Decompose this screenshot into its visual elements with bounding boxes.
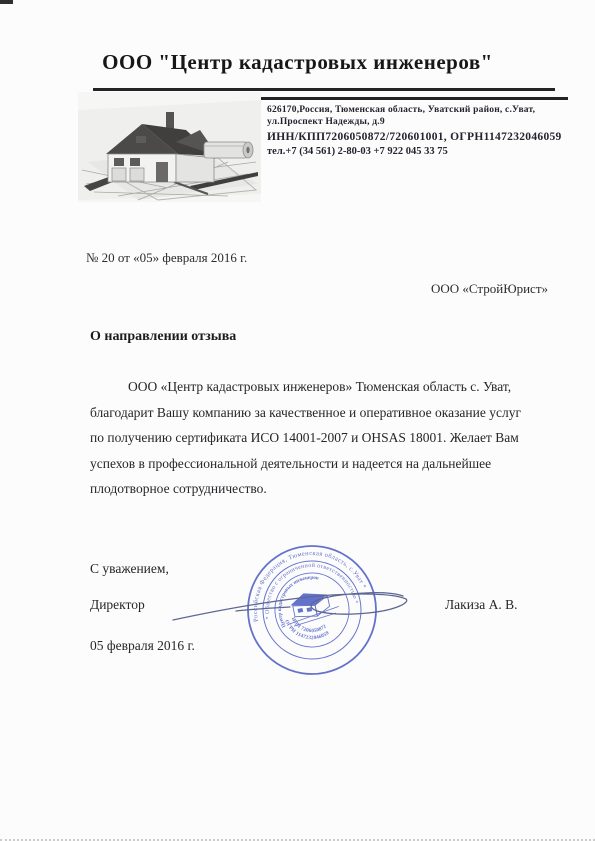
address-line-2: ул.Проспект Надежды, д.9 xyxy=(267,116,569,128)
company-title: ООО "Центр кадастровых инженеров" xyxy=(0,50,595,75)
letter-body: ООО «Центр кадастровых инженеров» Тюменс… xyxy=(90,374,565,502)
signer-position: Директор xyxy=(90,597,145,613)
signature-stroke-main xyxy=(173,593,407,620)
address-line-inn: ИНН/КПП7206050872/720601001, ОГРН1147232… xyxy=(267,130,569,145)
letter-page: ООО "Центр кадастровых инженеров" 626170… xyxy=(0,0,595,841)
body-line: благодарит Вашу компанию за качественное… xyxy=(90,400,565,426)
address-line-1: 626170,Россия, Тюменская область, Уватск… xyxy=(267,104,569,116)
body-line: плодотворное сотрудничество. xyxy=(90,476,565,502)
letterhead-house-image xyxy=(78,92,261,202)
garage-door-shape xyxy=(112,168,126,181)
body-line: ООО «Центр кадастровых инженеров» Тюменс… xyxy=(90,374,565,400)
scan-corner-mark xyxy=(0,0,13,4)
header-rule-bottom xyxy=(250,97,568,100)
director-signature xyxy=(150,575,470,635)
address-line-phone: тел.+7 (34 561) 2-80-03 +7 922 045 33 75 xyxy=(267,145,569,159)
body-line: по получению сертификата ИСО 14001-2007 … xyxy=(90,425,565,451)
signature-stroke-underline xyxy=(236,607,290,611)
letter-date: 05 февраля 2016 г. xyxy=(90,638,195,654)
body-line: успехов в профессиональной деятельности … xyxy=(90,451,565,477)
blueprint-roll-shape xyxy=(204,142,248,158)
subject-line: О направлении отзыва xyxy=(90,329,236,345)
addressee: ООО «СтройЮрист» xyxy=(431,281,548,297)
company-address-block: 626170,Россия, Тюменская область, Уватск… xyxy=(267,104,569,159)
header-rule-top xyxy=(93,88,555,91)
reference-number-line: № 20 от «05» февраля 2016 г. xyxy=(86,250,247,266)
